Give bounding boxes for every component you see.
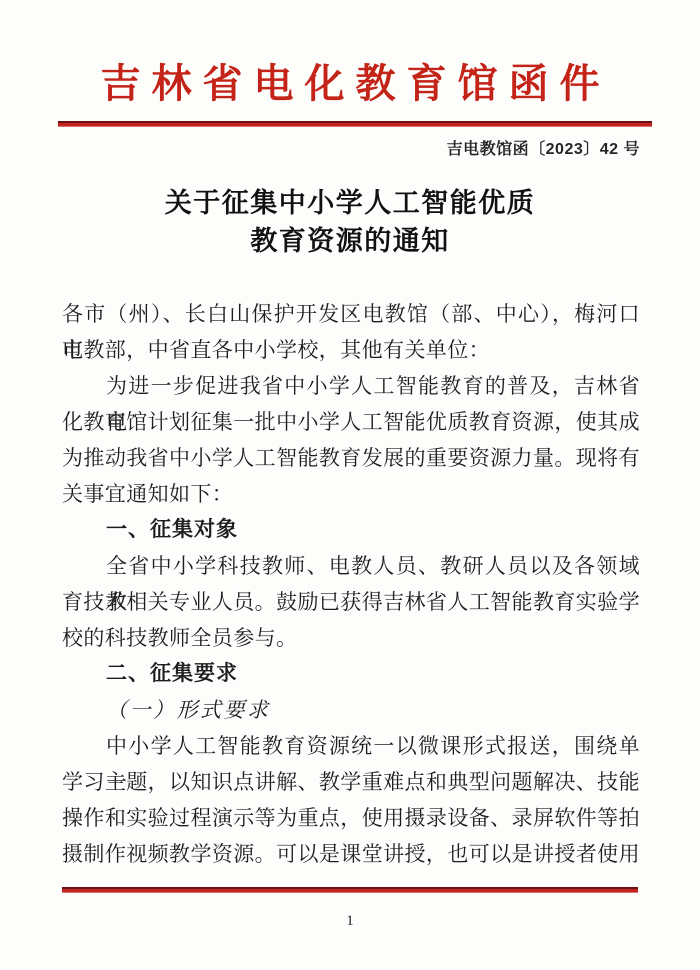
body-line: （一）形式要求 bbox=[62, 692, 640, 728]
body-line: 操作和实验过程演示等为重点，使用摄录设备、录屏软件等拍 bbox=[62, 800, 640, 836]
page-number: 1 bbox=[0, 913, 700, 930]
body-line: 电教部，中省直各中小学校，其他有关单位： bbox=[62, 332, 640, 368]
body-line: 学习主题，以知识点讲解、教学重难点和典型问题解决、技能 bbox=[62, 764, 640, 800]
document-body: 各市（州）、长白山保护开发区电教馆（部、中心），梅河口市电教部，中省直各中小学校… bbox=[62, 296, 640, 872]
body-line: 育技术相关专业人员。鼓励已获得吉林省人工智能教育实验学 bbox=[62, 584, 640, 620]
body-line: 关事宜通知如下： bbox=[62, 476, 640, 512]
body-line: 为进一步促进我省中小学人工智能教育的普及，吉林省电 bbox=[62, 368, 640, 404]
document-number: 吉电教馆函〔2023〕42 号 bbox=[0, 140, 640, 160]
body-line: 一、征集对象 bbox=[62, 512, 640, 548]
header-rule bbox=[58, 121, 652, 127]
body-line: 化教育馆计划征集一批中小学人工智能优质教育资源，使其成 bbox=[62, 404, 640, 440]
body-line: 各市（州）、长白山保护开发区电教馆（部、中心），梅河口市 bbox=[62, 296, 640, 332]
body-line: 摄制作视频教学资源。可以是课堂讲授，也可以是讲授者使用 bbox=[62, 836, 640, 872]
footer-rule bbox=[62, 887, 638, 893]
letterhead-title: 吉林省电化教育馆函件 bbox=[0, 62, 700, 106]
body-line: 为推动我省中小学人工智能教育发展的重要资源力量。现将有 bbox=[62, 440, 640, 476]
body-line: 二、征集要求 bbox=[62, 656, 640, 692]
document-page: 吉林省电化教育馆函件 吉电教馆函〔2023〕42 号 关于征集中小学人工智能优质… bbox=[0, 0, 700, 970]
body-line: 校的科技教师全员参与。 bbox=[62, 620, 640, 656]
notice-title-line-1: 关于征集中小学人工智能优质 bbox=[0, 184, 700, 222]
body-line: 中小学人工智能教育资源统一以微课形式报送，围绕单一 bbox=[62, 728, 640, 764]
notice-title: 关于征集中小学人工智能优质 教育资源的通知 bbox=[0, 184, 700, 260]
notice-title-line-2: 教育资源的通知 bbox=[0, 222, 700, 260]
body-line: 全省中小学科技教师、电教人员、教研人员以及各领域教 bbox=[62, 548, 640, 584]
